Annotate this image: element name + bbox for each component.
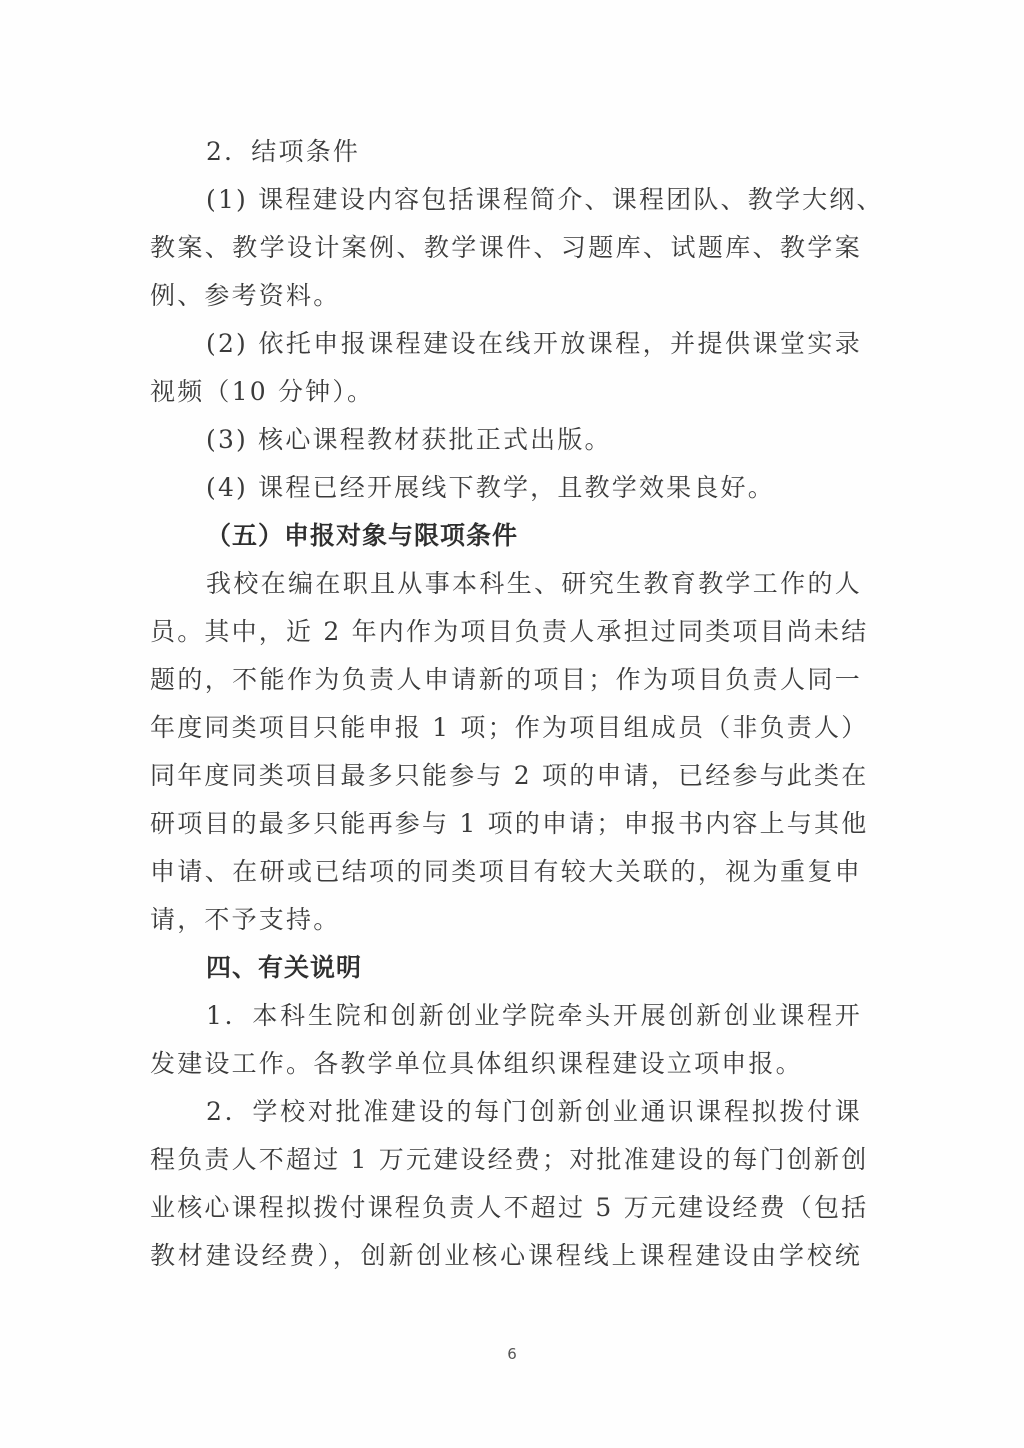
text-line: 视频（10 分钟）。	[150, 372, 862, 412]
text-line: 教案、教学设计案例、教学课件、习题库、试题库、教学案	[150, 228, 862, 268]
text-line: 发建设工作。各教学单位具体组织课程建设立项申报。	[150, 1044, 862, 1084]
text-line: 业核心课程拟拨付课程负责人不超过 5 万元建设经费（包括	[150, 1188, 862, 1228]
text-line: 程负责人不超过 1 万元建设经费；对批准建设的每门创新创	[150, 1140, 862, 1180]
text-line: 我校在编在职且从事本科生、研究生教育教学工作的人	[206, 564, 862, 604]
text-line: 题的，不能作为负责人申请新的项目；作为项目负责人同一	[150, 660, 862, 700]
text-line: 同年度同类项目最多只能参与 2 项的申请，已经参与此类在	[150, 756, 862, 796]
text-line: (3) 核心课程教材获批正式出版。	[206, 420, 862, 460]
document-page: 2．结项条件(1) 课程建设内容包括课程简介、课程团队、教学大纲、教案、教学设计…	[0, 0, 1024, 1448]
text-line: (4) 课程已经开展线下教学，且教学效果良好。	[206, 468, 862, 508]
text-line: 教材建设经费），创新创业核心课程线上课程建设由学校统	[150, 1236, 862, 1276]
text-line: 例、参考资料。	[150, 276, 862, 316]
text-line: 申请、在研或已结项的同类项目有较大关联的，视为重复申	[150, 852, 862, 892]
text-line: 研项目的最多只能再参与 1 项的申请；申报书内容上与其他	[150, 804, 862, 844]
text-line: 1．本科生院和创新创业学院牵头开展创新创业课程开	[206, 996, 862, 1036]
section-heading: （五）申报对象与限项条件	[206, 516, 862, 556]
section-heading: 四、有关说明	[206, 948, 862, 988]
text-line: 2．结项条件	[206, 132, 862, 172]
text-line: (2) 依托申报课程建设在线开放课程，并提供课堂实录	[206, 324, 862, 364]
text-line: 2．学校对批准建设的每门创新创业通识课程拟拨付课	[206, 1092, 862, 1132]
text-line: 年度同类项目只能申报 1 项；作为项目组成员（非负责人）	[150, 708, 862, 748]
page-number: 6	[0, 1345, 1024, 1363]
text-line: (1) 课程建设内容包括课程简介、课程团队、教学大纲、	[206, 180, 862, 220]
text-line: 请，不予支持。	[150, 900, 862, 940]
text-line: 员。其中，近 2 年内作为项目负责人承担过同类项目尚未结	[150, 612, 862, 652]
